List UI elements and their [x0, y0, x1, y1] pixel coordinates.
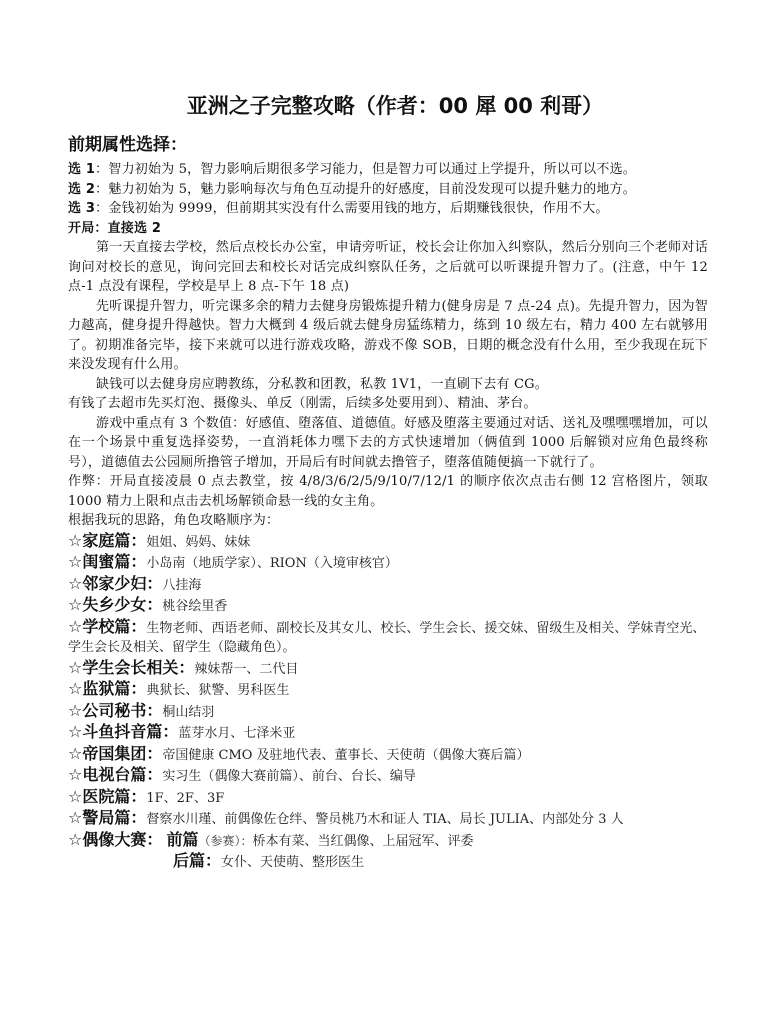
- category-label: 斗鱼抖音篇：: [82, 722, 178, 741]
- category-label: 电视台篇：: [82, 765, 162, 784]
- category-label: 家庭篇：: [82, 531, 146, 550]
- choice-1: 选 1：智力初始为 5，智力影响后期很多学习能力，但是智力可以通过上学提升，所以…: [68, 160, 708, 180]
- idol-back-label: 后篇：: [173, 851, 221, 870]
- category-value: 典狱长、狱警、男科医生: [146, 683, 289, 698]
- category-streamer: ☆斗鱼抖音篇：蓝芽水月、七泽米亚: [68, 722, 708, 744]
- choice-sep: ：: [95, 162, 108, 177]
- category-value: 八挂海: [162, 578, 201, 593]
- category-value: 辣妹帮一、二代目: [194, 662, 298, 677]
- paragraph-first-day: 第一天直接去学校，然后点校长办公室，申请旁听证，校长会让你加入纠察队，然后分别向…: [68, 238, 708, 297]
- category-value: 桐山结羽: [162, 705, 214, 720]
- category-value: 生物老师、西语老师、副校长及其女儿、校长、学生会长、援交妹、留级生及相关、学妹青…: [68, 621, 705, 656]
- star-icon: ☆: [68, 531, 82, 550]
- category-value: 小岛南（地质学家）、RION（入境审核官）: [146, 556, 397, 571]
- choice-text: 魅力初始为 5，魅力影响每次与角色互动提升的好感度，目前没发现可以提升魅力的地方…: [108, 182, 636, 197]
- idol-front-value: 桥本有菜、当红偶像、上届冠军、评委: [253, 834, 474, 849]
- star-icon: ☆: [68, 830, 82, 849]
- paragraph-stats: 游戏中重点有 3 个数值：好感值、堕落值、道德值。好感及堕落主要通过对话、送礼及…: [68, 414, 708, 473]
- category-secretary: ☆公司秘书：桐山结羽: [68, 701, 708, 723]
- choice-sep: ：: [95, 201, 108, 216]
- idol-back-row: 后篇：女仆、天使萌、整形医生: [68, 851, 708, 873]
- section-heading: 前期属性选择：: [68, 132, 708, 158]
- start-label: 开局：直接选 2: [68, 221, 161, 236]
- category-value: 实习生（偶像大赛前篇）、前台、台长、编导: [162, 769, 416, 784]
- star-icon: ☆: [68, 658, 82, 677]
- category-label: 公司秘书：: [82, 701, 162, 720]
- start-line: 开局：直接选 2: [68, 219, 708, 239]
- choice-2: 选 2：魅力初始为 5，魅力影响每次与角色互动提升的好感度，目前没发现可以提升魅…: [68, 180, 708, 200]
- star-icon: ☆: [68, 574, 82, 593]
- star-icon: ☆: [68, 552, 82, 571]
- category-value: 督察水川瑾、前偶像佐仓绊、警员桃乃木和证人 TIA、局长 JULIA、内部处分 …: [146, 812, 623, 827]
- category-label: 医院篇：: [82, 787, 146, 806]
- document-title: 亚洲之子完整攻略（作者：00 犀 00 利哥）: [68, 92, 708, 120]
- category-label: 邻家少妇：: [82, 574, 162, 593]
- category-bestie: ☆闺蜜篇：小岛南（地质学家）、RION（入境审核官）: [68, 552, 708, 574]
- category-value: 蓝芽水月、七泽米亚: [178, 726, 295, 741]
- choice-text: 智力初始为 5，智力影响后期很多学习能力，但是智力可以通过上学提升，所以可以不选…: [108, 162, 636, 177]
- category-neighbor: ☆邻家少妇：八挂海: [68, 574, 708, 596]
- star-icon: ☆: [68, 808, 82, 827]
- star-icon: ☆: [68, 617, 82, 636]
- star-icon: ☆: [68, 787, 82, 806]
- star-icon: ☆: [68, 595, 82, 614]
- category-value: 帝国健康 CMO 及驻地代表、董事长、天使萌（偶像大赛后篇）: [162, 748, 529, 763]
- choice-text: 金钱初始为 9999，但前期其实没有什么需要用钱的地方，后期赚钱很快，作用不大。: [108, 201, 608, 216]
- idol-front-label: 前篇: [167, 830, 199, 849]
- category-label: 学生会长相关：: [82, 658, 194, 677]
- paragraph-training: 先听课提升智力，听完课多余的精力去健身房锻炼提升精力(健身房是 7 点-24 点…: [68, 297, 708, 375]
- choice-label: 选 3: [68, 201, 95, 216]
- category-value: 桃谷绘里香: [162, 599, 227, 614]
- category-value: 姐姐、妈妈、妹妹: [146, 535, 250, 550]
- choice-3: 选 3：金钱初始为 9999，但前期其实没有什么需要用钱的地方，后期赚钱很快，作…: [68, 199, 708, 219]
- category-prison: ☆监狱篇：典狱长、狱警、男科医生: [68, 679, 708, 701]
- choice-label: 选 2: [68, 182, 95, 197]
- category-empire-group: ☆帝国集团：帝国健康 CMO 及驻地代表、董事长、天使萌（偶像大赛后篇）: [68, 744, 708, 766]
- star-icon: ☆: [68, 701, 82, 720]
- paragraph-money: 缺钱可以去健身房应聘教练，分私教和团教，私教 1V1，一直刷下去有 CG。: [68, 375, 708, 395]
- paragraph-shopping: 有钱了去超市先买灯泡、摄像头、单反（刚需，后续多处要用到）、精油、茅台。: [68, 394, 708, 414]
- category-school: ☆学校篇：生物老师、西语老师、副校长及其女儿、校长、学生会长、援交妹、留级生及相…: [68, 617, 708, 658]
- category-list: ☆家庭篇：姐姐、妈妈、妹妹 ☆闺蜜篇：小岛南（地质学家）、RION（入境审核官）…: [68, 531, 708, 873]
- star-icon: ☆: [68, 679, 82, 698]
- category-student-president: ☆学生会长相关：辣妹帮一、二代目: [68, 658, 708, 680]
- category-label: 帝国集团：: [82, 744, 162, 763]
- idol-front-note: （参赛）：: [199, 834, 253, 848]
- paragraph-cheat: 作弊：开局直接凌晨 0 点去教堂，按 4/8/3/6/2/5/9/10/7/12…: [68, 472, 708, 511]
- category-label: 警局篇：: [82, 808, 146, 827]
- paragraph-order-intro: 根据我玩的思路，角色攻略顺序为：: [68, 511, 708, 531]
- category-family: ☆家庭篇：姐姐、妈妈、妹妹: [68, 531, 708, 553]
- category-idol-contest: ☆偶像大赛： 前篇（参赛）：桥本有菜、当红偶像、上届冠军、评委: [68, 830, 708, 852]
- category-value: 1F、2F、3F: [146, 791, 224, 806]
- category-label: 偶像大赛：: [82, 830, 162, 849]
- category-police: ☆警局篇：督察水川瑾、前偶像佐仓绊、警员桃乃木和证人 TIA、局长 JULIA、…: [68, 808, 708, 830]
- star-icon: ☆: [68, 722, 82, 741]
- category-lost-girl: ☆失乡少女：桃谷绘里香: [68, 595, 708, 617]
- category-label: 监狱篇：: [82, 679, 146, 698]
- star-icon: ☆: [68, 744, 82, 763]
- idol-back-value: 女仆、天使萌、整形医生: [221, 855, 364, 870]
- choice-label: 选 1: [68, 162, 95, 177]
- category-hospital: ☆医院篇：1F、2F、3F: [68, 787, 708, 809]
- document-page: 亚洲之子完整攻略（作者：00 犀 00 利哥） 前期属性选择： 选 1：智力初始…: [68, 92, 708, 873]
- category-tv-station: ☆电视台篇：实习生（偶像大赛前篇）、前台、台长、编导: [68, 765, 708, 787]
- choice-sep: ：: [95, 182, 108, 197]
- category-label: 闺蜜篇：: [82, 552, 146, 571]
- star-icon: ☆: [68, 765, 82, 784]
- category-label: 失乡少女：: [82, 595, 162, 614]
- category-label: 学校篇：: [82, 617, 146, 636]
